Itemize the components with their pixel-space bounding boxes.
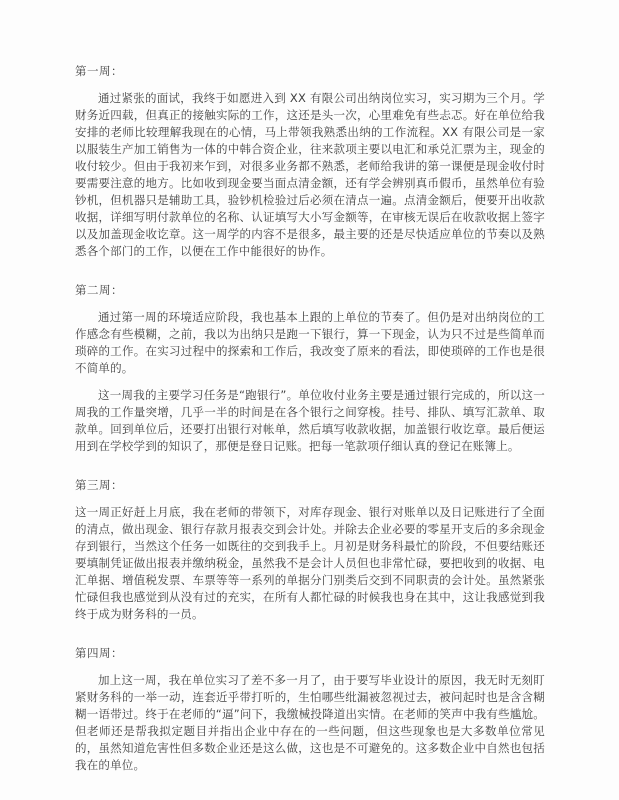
body-paragraph: 通过第一周的环境适应阶段，我也基本上跟的上单位的节奏了。但仍是对出纳岗位的工作感… (75, 309, 545, 377)
body-paragraph: 通过紧张的面试，我终于如愿进入到 XX 有限公司出纳岗位实习，实习期为三个月。学… (75, 90, 545, 260)
week-heading: 第三周： (75, 477, 545, 494)
body-paragraph: 加上这一周，我在单位实习了差不多一月了，由于要写毕业设计的原因，我无时无刻盯紧财… (75, 672, 545, 774)
document-body: 第一周：通过紧张的面试，我终于如愿进入到 XX 有限公司出纳岗位实习，实习期为三… (75, 63, 545, 774)
week-section-4: 第四周：加上这一周，我在单位实习了差不多一月了，由于要写毕业设计的原因，我无时无… (75, 645, 545, 774)
week-heading: 第一周： (75, 63, 545, 80)
week-heading: 第四周： (75, 645, 545, 662)
week-section-2: 第二周：通过第一周的环境适应阶段，我也基本上跟的上单位的节奏了。但仍是对出纳岗位… (75, 282, 545, 455)
week-section-1: 第一周：通过紧张的面试，我终于如愿进入到 XX 有限公司出纳岗位实习，实习期为三… (75, 63, 545, 260)
body-paragraph: 这一周我的主要学习任务是“跑银行”。单位收付业务主要是通过银行完成的，所以这一周… (75, 387, 545, 455)
week-heading: 第二周： (75, 282, 545, 299)
document-page: 第一周：通过紧张的面试，我终于如愿进入到 XX 有限公司出纳岗位实习，实习期为三… (0, 0, 619, 800)
week-section-3: 第三周：这一周正好赶上月底，我在老师的带领下，对库存现金、银行对账单以及日记账进… (75, 477, 545, 623)
body-paragraph: 这一周正好赶上月底，我在老师的带领下，对库存现金、银行对账单以及日记账进行了全面… (75, 504, 545, 623)
